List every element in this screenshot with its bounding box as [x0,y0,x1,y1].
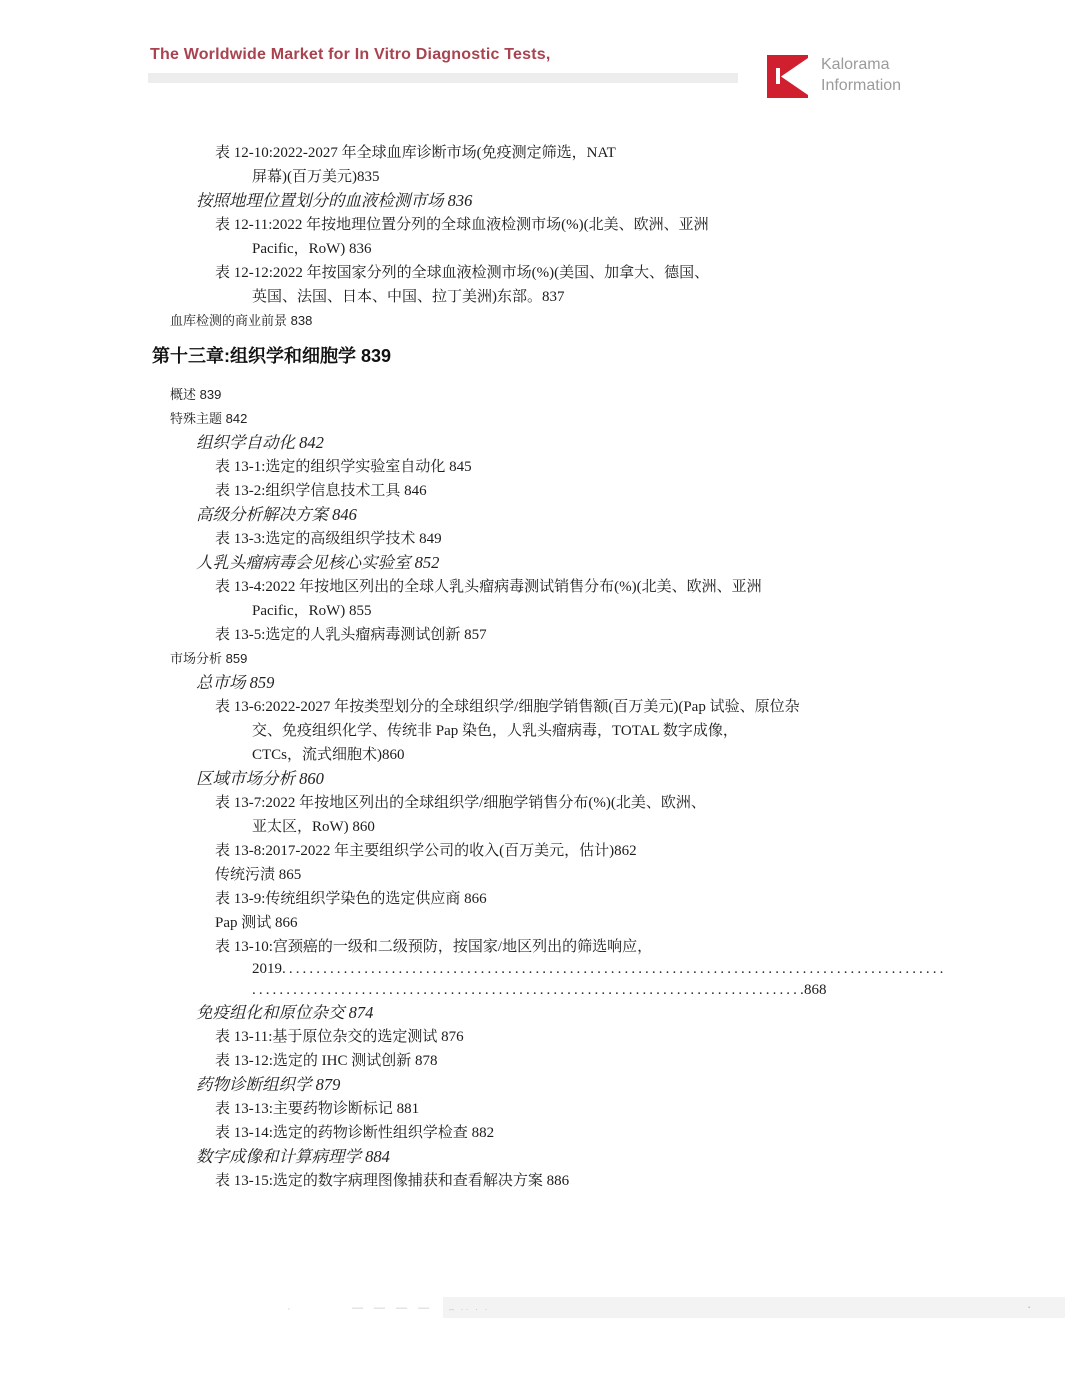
document-title: The Worldwide Market for In Vitro Diagno… [150,46,550,64]
toc-entry: 总市场 859 [196,671,1080,695]
brand-line1: Kalorama [821,54,901,75]
toc-entry: 表 13-13:主要药物诊断标记 881 [215,1097,1080,1121]
toc-entry: 表 13-14:选定的药物诊断性组织学检查 882 [215,1121,1080,1145]
toc-entry: CTCs，流式细胞术)860 [252,743,1080,767]
table-of-contents: 表 12-10:2022-2027 年全球血库诊断市场(免疫测定筛选，NAT屏幕… [0,141,1080,1193]
toc-entry: 传统污渍 865 [215,863,1080,887]
toc-entry: 屏幕)(百万美元)835 [252,165,1080,189]
header-divider-bar [148,73,738,83]
toc-entry: 表 13-12:选定的 IHC 测试创新 878 [215,1049,1080,1073]
brand-line2: Information [821,75,901,96]
dot-leader-prefix: 2019 [252,959,282,980]
toc-entry: 表 12-12:2022 年按国家分列的全球血液检测市场(%)(美国、加拿大、德… [215,261,1080,285]
toc-entry: 血库检测的商业前景 838 [170,309,1080,333]
toc-entry: 表 13-11:基于原位杂交的选定测试 876 [215,1025,1080,1049]
chapter-heading: 第十三章:组织学和细胞学 839 [152,339,1080,373]
footer-bar [443,1297,1065,1318]
dot-leader: ........................................… [282,959,944,980]
toc-entry: 英国、法国、日本、中国、拉丁美洲)东部。837 [252,285,1080,309]
dot-leader: ........................................… [252,980,804,1001]
footer-faint-dashes: — — — — [352,1302,433,1314]
toc-entry: 概述 839 [170,383,1080,407]
toc-entry-dot-leader: ........................................… [252,980,944,1001]
toc-entry: 数字成像和计算病理学 884 [196,1145,1080,1169]
toc-entry: 亚太区，RoW) 860 [252,815,1080,839]
toc-entry: 表 13-10:宫颈癌的一级和二级预防，按国家/地区列出的筛选响应， [215,935,1080,959]
toc-entry: 表 12-10:2022-2027 年全球血库诊断市场(免疫测定筛选，NAT [215,141,1080,165]
toc-entry: 表 13-15:选定的数字病理图像捕获和查看解决方案 886 [215,1169,1080,1193]
toc-entry: 组织学自动化 842 [196,431,1080,455]
toc-entry: 交、免疫组织化学、传统非 Pap 染色，人乳头瘤病毒，TOTAL 数字成像， [252,719,1080,743]
toc-entry: 人乳头瘤病毒会见核心实验室 852 [196,551,1080,575]
toc-entry: 按照地理位置划分的血液检测市场 836 [196,189,1080,213]
toc-entry: 表 12-11:2022 年按地理位置分列的全球血液检测市场(%)(北美、欧洲、… [215,213,1080,237]
kalorama-logo-icon [767,55,808,98]
toc-entry: 表 13-7:2022 年按地区列出的全球组织学/细胞学销售分布(%)(北美、欧… [215,791,1080,815]
page-number: 868 [804,980,827,1001]
toc-entry: 市场分析 859 [170,647,1080,671]
toc-entry: 表 13-9:传统组织学染色的选定供应商 866 [215,887,1080,911]
brand-name: Kalorama Information [821,54,901,96]
toc-entry: 表 13-3:选定的高级组织学技术 849 [215,527,1080,551]
toc-entry: 表 13-8:2017-2022 年主要组织学公司的收入(百万美元，估计)862 [215,839,1080,863]
toc-entry: 高级分析解决方案 846 [196,503,1080,527]
toc-entry: 表 13-6:2022-2027 年按类型划分的全球组织学/细胞学销售额(百万美… [215,695,1080,719]
toc-entry: 表 13-2:组织学信息技术工具 846 [215,479,1080,503]
toc-entry: Pap 测试 866 [215,911,1080,935]
toc-entry: 表 13-1:选定的组织学实验室自动化 845 [215,455,1080,479]
toc-entry: Pacific，RoW) 836 [252,237,1080,261]
toc-entry: Pacific，RoW) 855 [252,599,1080,623]
toc-entry: 表 13-5:选定的人乳头瘤病毒测试创新 857 [215,623,1080,647]
toc-entry: 免疫组化和原位杂交 874 [196,1001,1080,1025]
toc-entry-dot-leader: 2019 ...................................… [252,959,944,980]
toc-entry: 药物诊断组织学 879 [196,1073,1080,1097]
toc-entry: 区域市场分析 860 [196,767,1080,791]
footer-faint-dot-left: · [287,1303,291,1315]
footer-faint-dot-right: · [1027,1299,1031,1314]
footer-faint-marks: – ·· · · [449,1304,490,1314]
toc-entry: 表 13-4:2022 年按地区列出的全球人乳头瘤病毒测试销售分布(%)(北美、… [215,575,1080,599]
toc-entry: 特殊主题 842 [170,407,1080,431]
